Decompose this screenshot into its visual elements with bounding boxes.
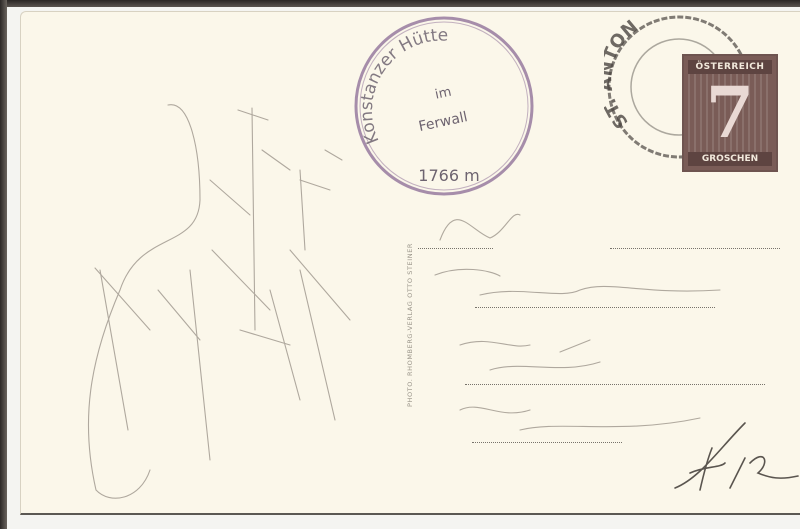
address-line-2: [475, 307, 715, 308]
address-line-1b: [610, 248, 780, 249]
address-line-4: [472, 442, 622, 443]
handwritten-annotation: [670, 418, 800, 498]
svg-text:ST. ANTON: ST. ANTON: [604, 16, 642, 132]
stamp-denomination: GROSCHEN: [688, 152, 772, 166]
publisher-imprint: PHOTO. RHOMBERG-VERLAG OTTO STEINER: [398, 160, 422, 490]
address-line-1: [418, 248, 493, 249]
hut-cachet-stamp: Konstanzer Hütte im Ferwall 1766 m: [349, 11, 539, 201]
cachet-altitude: 1766 m: [418, 166, 479, 185]
address-line-3: [465, 384, 765, 385]
scan-border-top: [0, 0, 800, 7]
cachet-text-ferwall: Ferwall: [417, 109, 469, 135]
scan-border-left: [0, 0, 7, 529]
postmark-town-text: ST. ANTON: [604, 16, 642, 132]
cachet-text-im: im: [434, 85, 453, 103]
stamp-value: 7: [684, 78, 776, 148]
postage-stamp: ÖSTERREICH 7 GROSCHEN: [682, 54, 778, 172]
